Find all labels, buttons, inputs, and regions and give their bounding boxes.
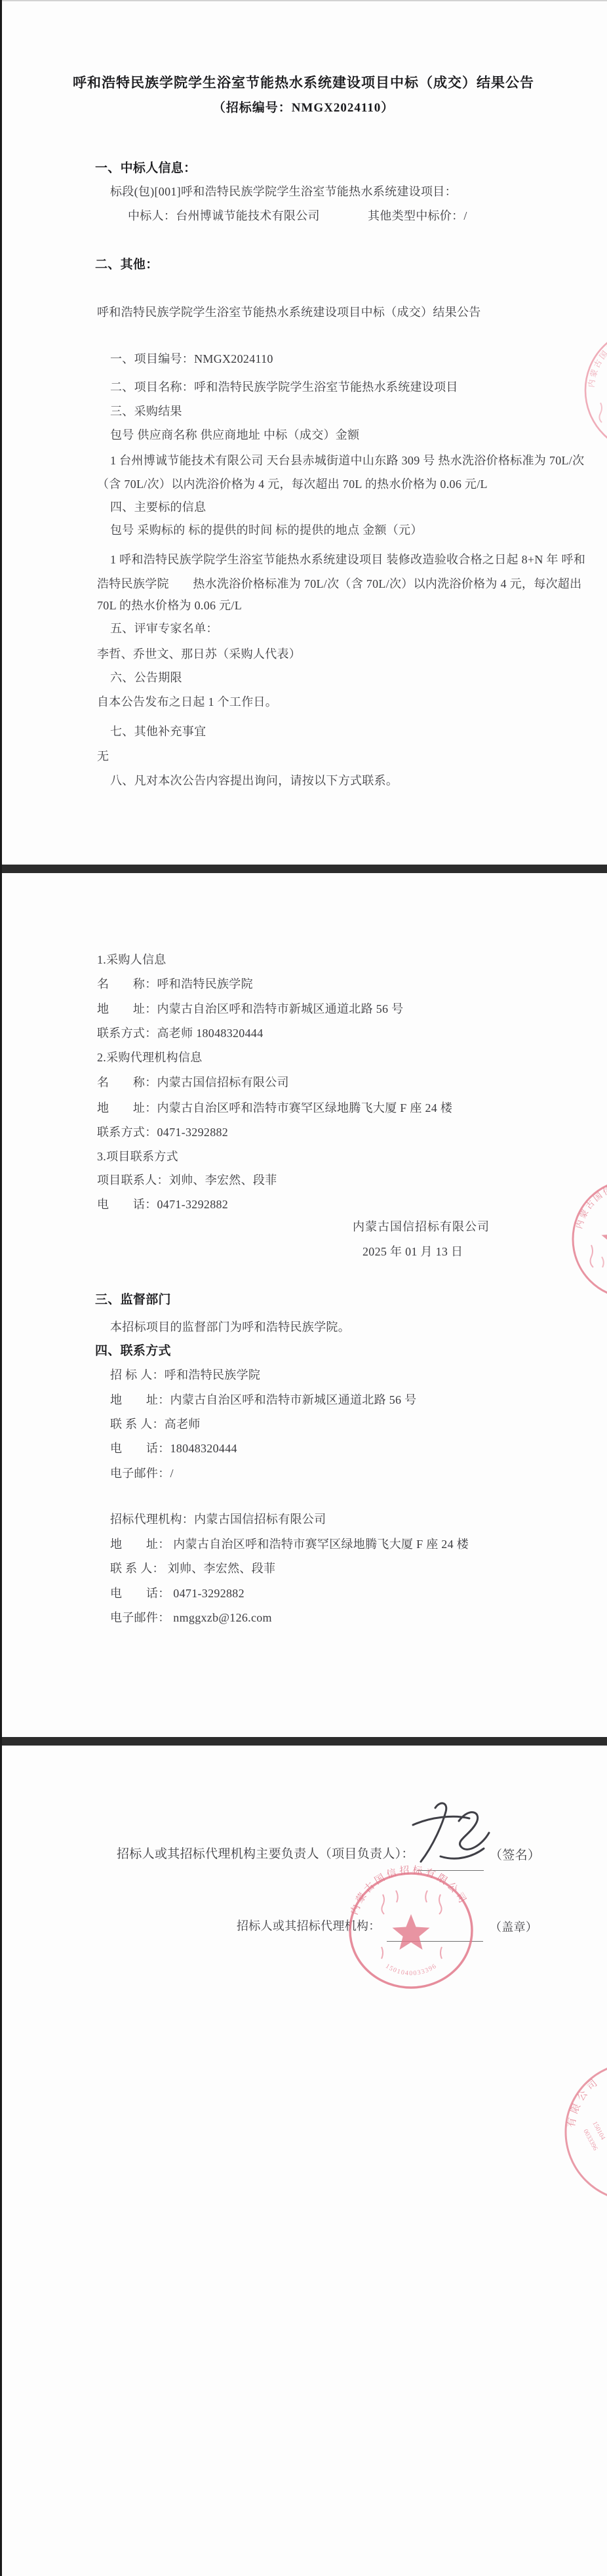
line-tenderer-phone: 电 话：18048320444 (110, 1442, 237, 1456)
line-procurement-result: 三、采购结果 (110, 405, 182, 419)
page-separator-2 (0, 1737, 607, 1746)
page-separator-1 (0, 865, 607, 873)
document-viewer: 呼和浩特民族学院学生浴室节能热水系统建设项目中标（成交）结果公告 （招标编号：N… (0, 0, 607, 2576)
line-supervision-body: 本招标项目的监督部门为呼和浩特民族学院。 (110, 1320, 350, 1335)
line-supplementary-none: 无 (97, 750, 109, 764)
seal-star-icon (602, 1221, 607, 1257)
svg-text:内蒙古国信招标有限公司: 内蒙古国信招标有限公司 (581, 324, 607, 388)
line-issuer-company: 内蒙古国信招标有限公司 (353, 1220, 490, 1235)
heading-winner-info: 一、中标人信息： (95, 161, 196, 176)
line-agency2-name: 招标代理机构：内蒙古国信招标有限公司 (110, 1513, 326, 1527)
line-result-row: 1 台州博诚节能技术有限公司 天台县赤城街道中山东路 309 号 热水洗浴价格标… (110, 454, 584, 468)
line-purchaser-address: 地 址：内蒙古自治区呼和浩特市新城区通道北路 56 号 (97, 1002, 403, 1017)
line-inquiry-contact: 八、凡对本次公告内容提出询问，请按以下方式联系。 (110, 774, 398, 788)
line-subject-row-cont2: 70L 的热水价格为 0.06 元/L (97, 599, 242, 613)
doc-subtitle-tender-number: （招标编号：NMGX2024110） (0, 101, 607, 116)
seal-number-text: 1501040033396 (384, 1962, 439, 1977)
seal-script-mark (396, 1891, 398, 1902)
svg-text:1501040033396: 1501040033396 (384, 1962, 439, 1977)
page-top-edge (0, 0, 607, 1)
corner-seal-stamp: 有限公司 150104 0033396 (558, 2057, 607, 2209)
line-agency2-address: 地 址： 内蒙古自治区呼和浩特市赛罕区绿地腾飞大厦 F 座 24 楼 (110, 1538, 469, 1552)
line-project-phone: 电 话：0471-3292882 (97, 1198, 228, 1212)
seal-script-mark (599, 403, 602, 422)
line-result-table-header: 包号 供应商名称 供应商地址 中标（成交）金额 (110, 428, 359, 443)
line-agency-address: 地 址：内蒙古自治区呼和浩特市赛罕区绿地腾飞大厦 F 座 24 楼 (97, 1101, 452, 1116)
line-project-contact-header: 3.项目联系方式 (97, 1150, 178, 1164)
line-expert-names: 李哲、乔世文、那日苏（采购人代表） (97, 647, 301, 662)
line-purchaser-header: 1.采购人信息 (97, 953, 166, 968)
line-purchaser-name: 名 称：呼和浩特民族学院 (97, 977, 253, 992)
seal-script-mark (591, 1245, 593, 1267)
line-project-contacts: 项目联系人：刘帅、李宏然、段菲 (97, 1174, 277, 1188)
seal-border (585, 328, 607, 453)
heading-supervision-dept: 三、监督部门 (95, 1293, 171, 1308)
line-supplementary-heading: 七、其他补充事宜 (110, 725, 206, 739)
line-tenderer-name: 招 标 人：呼和浩特民族学院 (110, 1368, 260, 1383)
signature-stroke (421, 1803, 446, 1862)
viewer-left-edge (0, 0, 2, 2576)
line-repeat-title: 呼和浩特民族学院学生浴室节能热水系统建设项目中标（成交）结果公告 (97, 306, 481, 320)
line-tenderer-email: 电子邮件：/ (110, 1467, 174, 1481)
line-sign-label: 招标人或其招标代理机构主要负责人（项目负责人）： (117, 1847, 414, 1862)
line-agency-name: 名 称：内蒙古国信招标有限公司 (97, 1076, 289, 1090)
heading-contact-info: 四、联系方式 (95, 1344, 171, 1359)
line-project-name: 二、项目名称：呼和浩特民族学院学生浴室节能热水系统建设项目 (110, 380, 458, 395)
line-notice-period: 自本公告发布之日起 1 个工作日。 (97, 695, 277, 710)
line-notice-period-heading: 六、公告期限 (110, 671, 182, 685)
seal-script-mark (382, 1894, 384, 1914)
edge-seal-stamp-page1: 内蒙古国信招标有限公司 (581, 324, 607, 463)
seal-star-icon (393, 1914, 430, 1950)
line-subject-table-header: 包号 采购标的 标的提供的时间 标的提供的地点 金额（元） (110, 523, 423, 538)
line-expert-list-heading: 五、评审专家名单： (110, 622, 218, 636)
seal-arc-text: 内蒙古国信招标有限公司 (581, 324, 607, 388)
line-tenderer-person: 联 系 人：高老师 (110, 1418, 201, 1432)
line-subject-info: 四、主要标的信息 (110, 501, 206, 515)
seal-script-mark (602, 1257, 604, 1267)
line-project-number: 一、项目编号：NMGX2024110 (110, 352, 273, 367)
signature-stroke (441, 1849, 484, 1858)
line-subject-row-cont1: 浩特民族学院 热水洗浴价格标准为 70L/次（含 70L/次）以内洗浴价格为 4… (97, 577, 581, 592)
line-winner-name: 中标人：台州博诚节能技术有限公司 其他类型中标价：/ (128, 209, 467, 224)
seal-script-mark (425, 1891, 427, 1902)
line-tenderer-address: 地 址：内蒙古自治区呼和浩特市新城区通道北路 56 号 (110, 1393, 416, 1408)
handwritten-signature (401, 1799, 499, 1876)
seal-script-mark (439, 1894, 442, 1914)
line-agency-contact: 联系方式：0471-3292882 (97, 1126, 228, 1140)
company-seal-stamp: 内蒙古国信招标有限公司 1501040033396 (346, 1863, 477, 2002)
line-agency2-person: 联 系 人： 刘帅、李宏然、段菲 (110, 1562, 275, 1576)
line-purchaser-contact: 联系方式：高老师 18048320444 (97, 1027, 264, 1041)
seal-script-mark (382, 1947, 383, 1959)
seal-script-mark (441, 1947, 442, 1959)
line-agency2-phone: 电 话： 0471-3292882 (110, 1587, 245, 1601)
line-seal-suffix: （盖章） (490, 1921, 538, 1935)
line-subject-row: 1 呼和浩特民族学院学生浴室节能热水系统建设项目 装修改造验收合格之日起 8+N… (110, 553, 585, 567)
edge-seal-stamp-page2: 内蒙古国信招标有限公司 (564, 1172, 607, 1311)
line-agency-header: 2.采购代理机构信息 (97, 1051, 203, 1065)
line-agency2-email: 电子邮件： nmggxzb@126.com (110, 1611, 272, 1625)
heading-other: 二、其他： (95, 258, 159, 273)
line-issue-date: 2025 年 01 月 13 日 (362, 1245, 463, 1259)
line-result-row-cont: （含 70L/次）以内洗浴价格为 4 元，每次超出 70L 的热水价格为 0.0… (97, 478, 488, 492)
line-lot-package: 标段(包)[001]呼和浩特民族学院学生浴室节能热水系统建设项目： (110, 185, 457, 199)
doc-title: 呼和浩特民族学院学生浴室节能热水系统建设项目中标（成交）结果公告 (0, 75, 607, 91)
